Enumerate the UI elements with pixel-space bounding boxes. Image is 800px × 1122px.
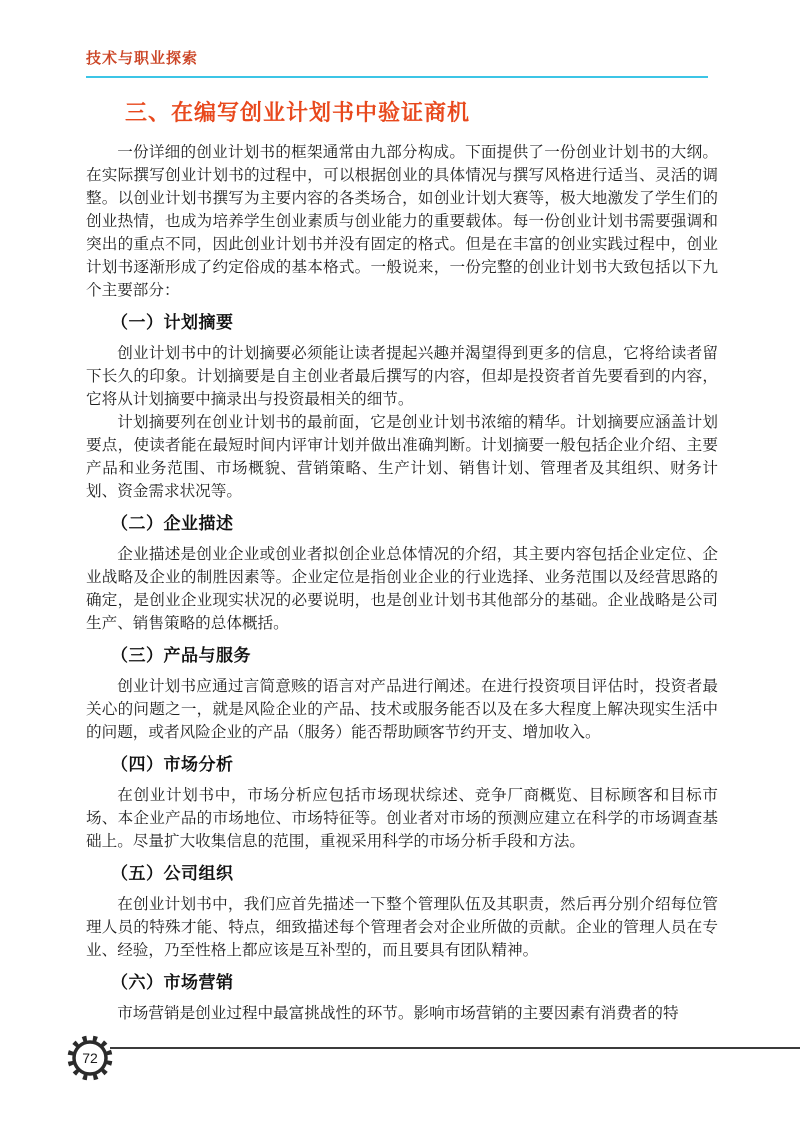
page-title: 三、在编写创业计划书中验证商机: [125, 98, 718, 128]
section-marketing: （六）市场营销 市场营销是创业过程中最富挑战性的环节。影响市场营销的主要因素有消…: [86, 971, 718, 1025]
paragraph: 在创业计划书中，我们应首先描述一下整个管理队伍及其职责，然后再分别介绍每位管理人…: [86, 893, 718, 962]
section-heading: （三）产品与服务: [111, 644, 718, 668]
section-heading: （二）企业描述: [111, 512, 718, 536]
page-content: 技术与职业探索 三、在编写创业计划书中验证商机 一份详细的创业计划书的框架通常由…: [86, 0, 718, 1025]
section-plan-summary: （一）计划摘要 创业计划书中的计划摘要必须能让读者提起兴趣并渴望得到更多的信息，…: [86, 311, 718, 503]
section-market-analysis: （四）市场分析 在创业计划书中，市场分析应包括市场现状综述、竞争厂商概览、目标顾…: [86, 753, 718, 853]
section-company-organization: （五）公司组织 在创业计划书中，我们应首先描述一下整个管理队伍及其职责，然后再分…: [86, 862, 718, 962]
paragraph: 计划摘要列在创业计划书的最前面，它是创业计划书浓缩的精华。计划摘要应涵盖计划要点…: [86, 411, 718, 503]
section-products-services: （三）产品与服务 创业计划书应通过言简意赅的语言对产品进行阐述。在进行投资项目评…: [86, 644, 718, 744]
gear-icon: 72: [66, 1034, 114, 1082]
paragraph: 在创业计划书中，市场分析应包括市场现状综述、竞争厂商概览、目标顾客和目标市场、本…: [86, 784, 718, 853]
intro-paragraph: 一份详细的创业计划书的框架通常由九部分构成。下面提供了一份创业计划书的大纲。在实…: [86, 141, 718, 302]
section-heading: （六）市场营销: [111, 971, 718, 995]
section-heading: （五）公司组织: [111, 862, 718, 886]
footer-rule: [110, 1047, 800, 1049]
header-underline: [86, 76, 708, 78]
page-header-title: 技术与职业探索: [86, 48, 718, 69]
paragraph: 企业描述是创业企业或创业者拟创企业总体情况的介绍，其主要内容包括企业定位、企业战…: [86, 543, 718, 635]
paragraph: 创业计划书应通过言简意赅的语言对产品进行阐述。在进行投资项目评估时，投资者最关心…: [86, 675, 718, 744]
paragraph: 市场营销是创业过程中最富挑战性的环节。影响市场营销的主要因素有消费者的特: [86, 1002, 718, 1025]
page-number: 72: [82, 1050, 98, 1066]
section-heading: （四）市场分析: [111, 753, 718, 777]
section-heading: （一）计划摘要: [111, 311, 718, 335]
section-company-description: （二）企业描述 企业描述是创业企业或创业者拟创企业总体情况的介绍，其主要内容包括…: [86, 512, 718, 635]
paragraph: 创业计划书中的计划摘要必须能让读者提起兴趣并渴望得到更多的信息，它将给读者留下长…: [86, 342, 718, 411]
